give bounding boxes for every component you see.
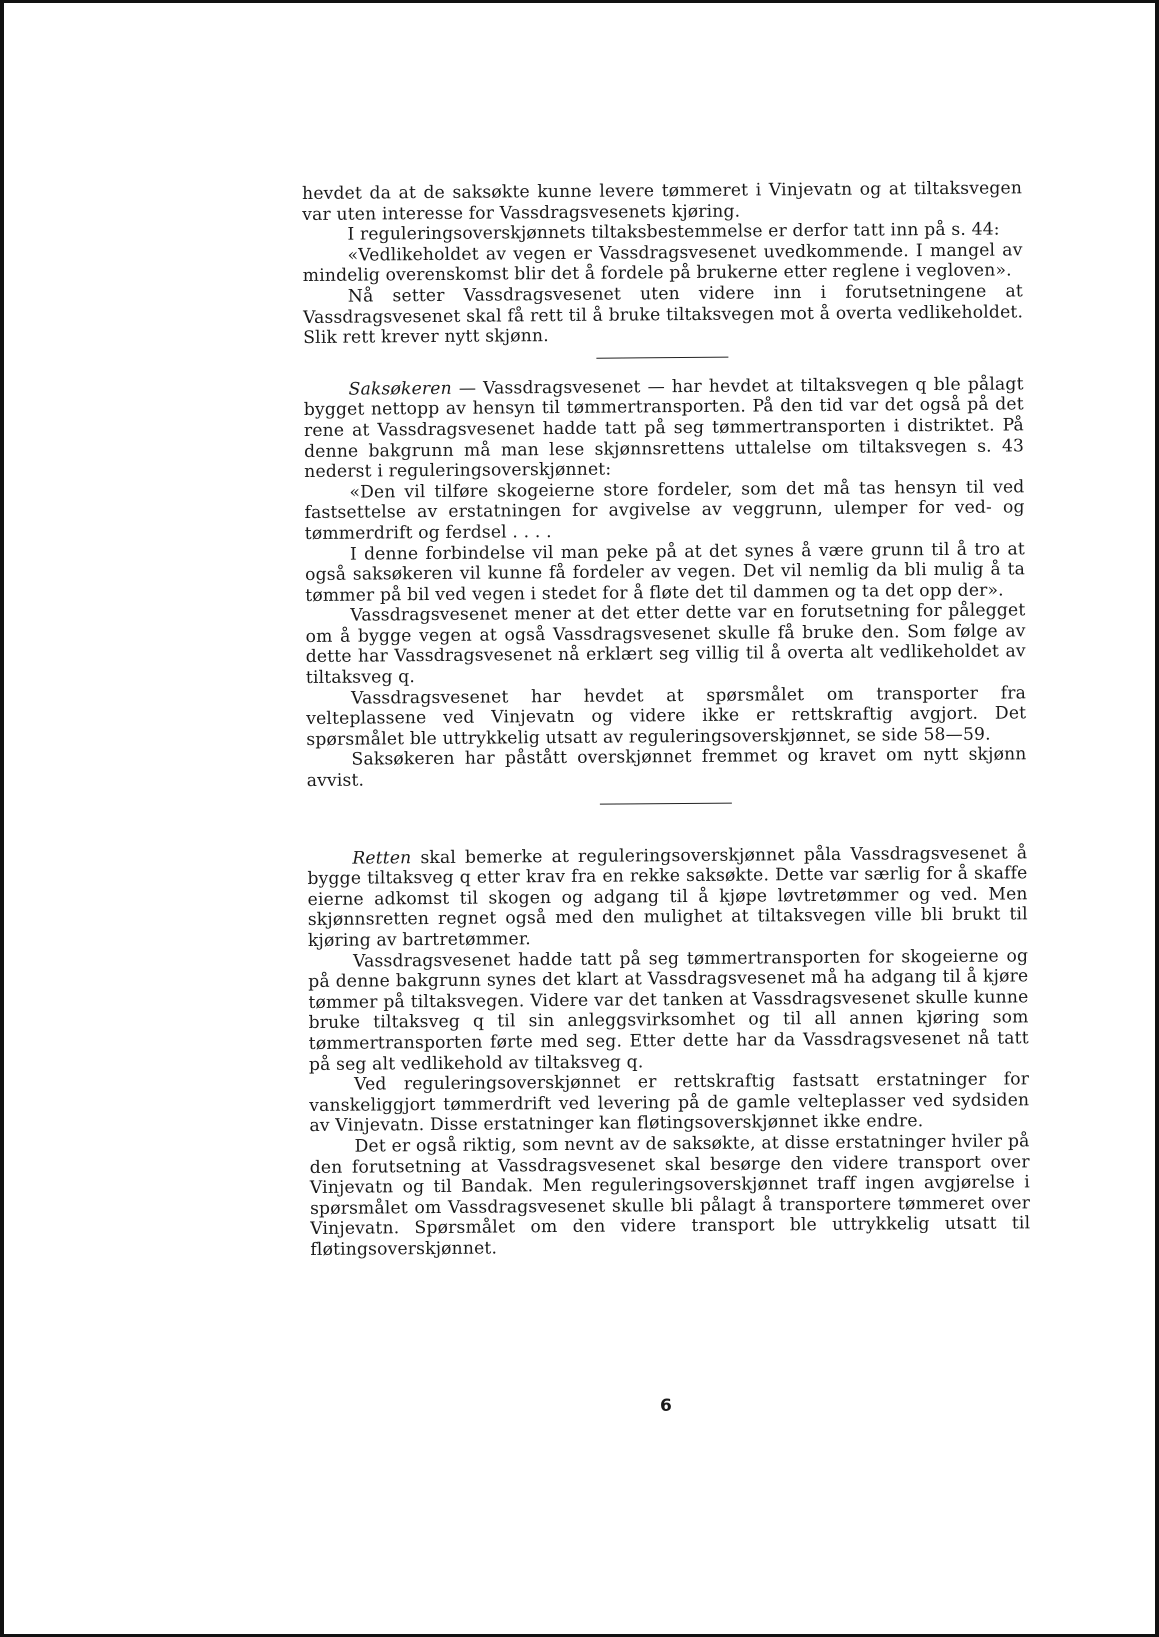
page-number: 6	[660, 1396, 672, 1416]
speaker-label: Saksøkeren	[349, 379, 452, 400]
paragraph: hevdet da at de saksøkte kunne levere tø…	[302, 178, 1022, 225]
paragraph: Vassdragsvesenet hadde tatt på seg tømme…	[308, 946, 1029, 1075]
paragraph: Saksøkeren har påstått overskjønnet frem…	[306, 745, 1026, 792]
section-divider	[596, 356, 728, 358]
quote-paragraph: «Den vil tilføre skogeierne store fordel…	[304, 477, 1024, 544]
paragraph: Saksøkeren — Vassdragsvesenet — har hevd…	[304, 374, 1025, 483]
quote-paragraph: I denne forbindelse vil man peke på at d…	[305, 539, 1025, 606]
paragraph: Nå setter Vassdragsvesenet uten videre i…	[303, 281, 1023, 348]
speaker-label: Retten	[352, 848, 411, 868]
scanned-page: hevdet da at de saksøkte kunne levere tø…	[0, 0, 1159, 1637]
paragraph: Vassdragsvesenet mener at det etter dett…	[305, 601, 1026, 689]
paragraph: Det er også riktig, som nevnt av de saks…	[309, 1131, 1030, 1260]
quote-paragraph: «Vedlikeholdet av vegen er Vassdragsvese…	[302, 240, 1022, 287]
paragraph: Vassdragsvesenet har hevdet at spørsmåle…	[306, 683, 1026, 750]
section-divider	[600, 802, 732, 804]
paragraph: Retten skal bemerke at reguleringsoversk…	[307, 843, 1028, 952]
paragraph-text: skal bemerke at reguleringsoverskjønnet …	[307, 843, 1027, 951]
document-body: hevdet da at de saksøkte kunne levere tø…	[302, 178, 1030, 1260]
paragraph: Ved reguleringsoverskjønnet er rettskraf…	[309, 1069, 1029, 1136]
